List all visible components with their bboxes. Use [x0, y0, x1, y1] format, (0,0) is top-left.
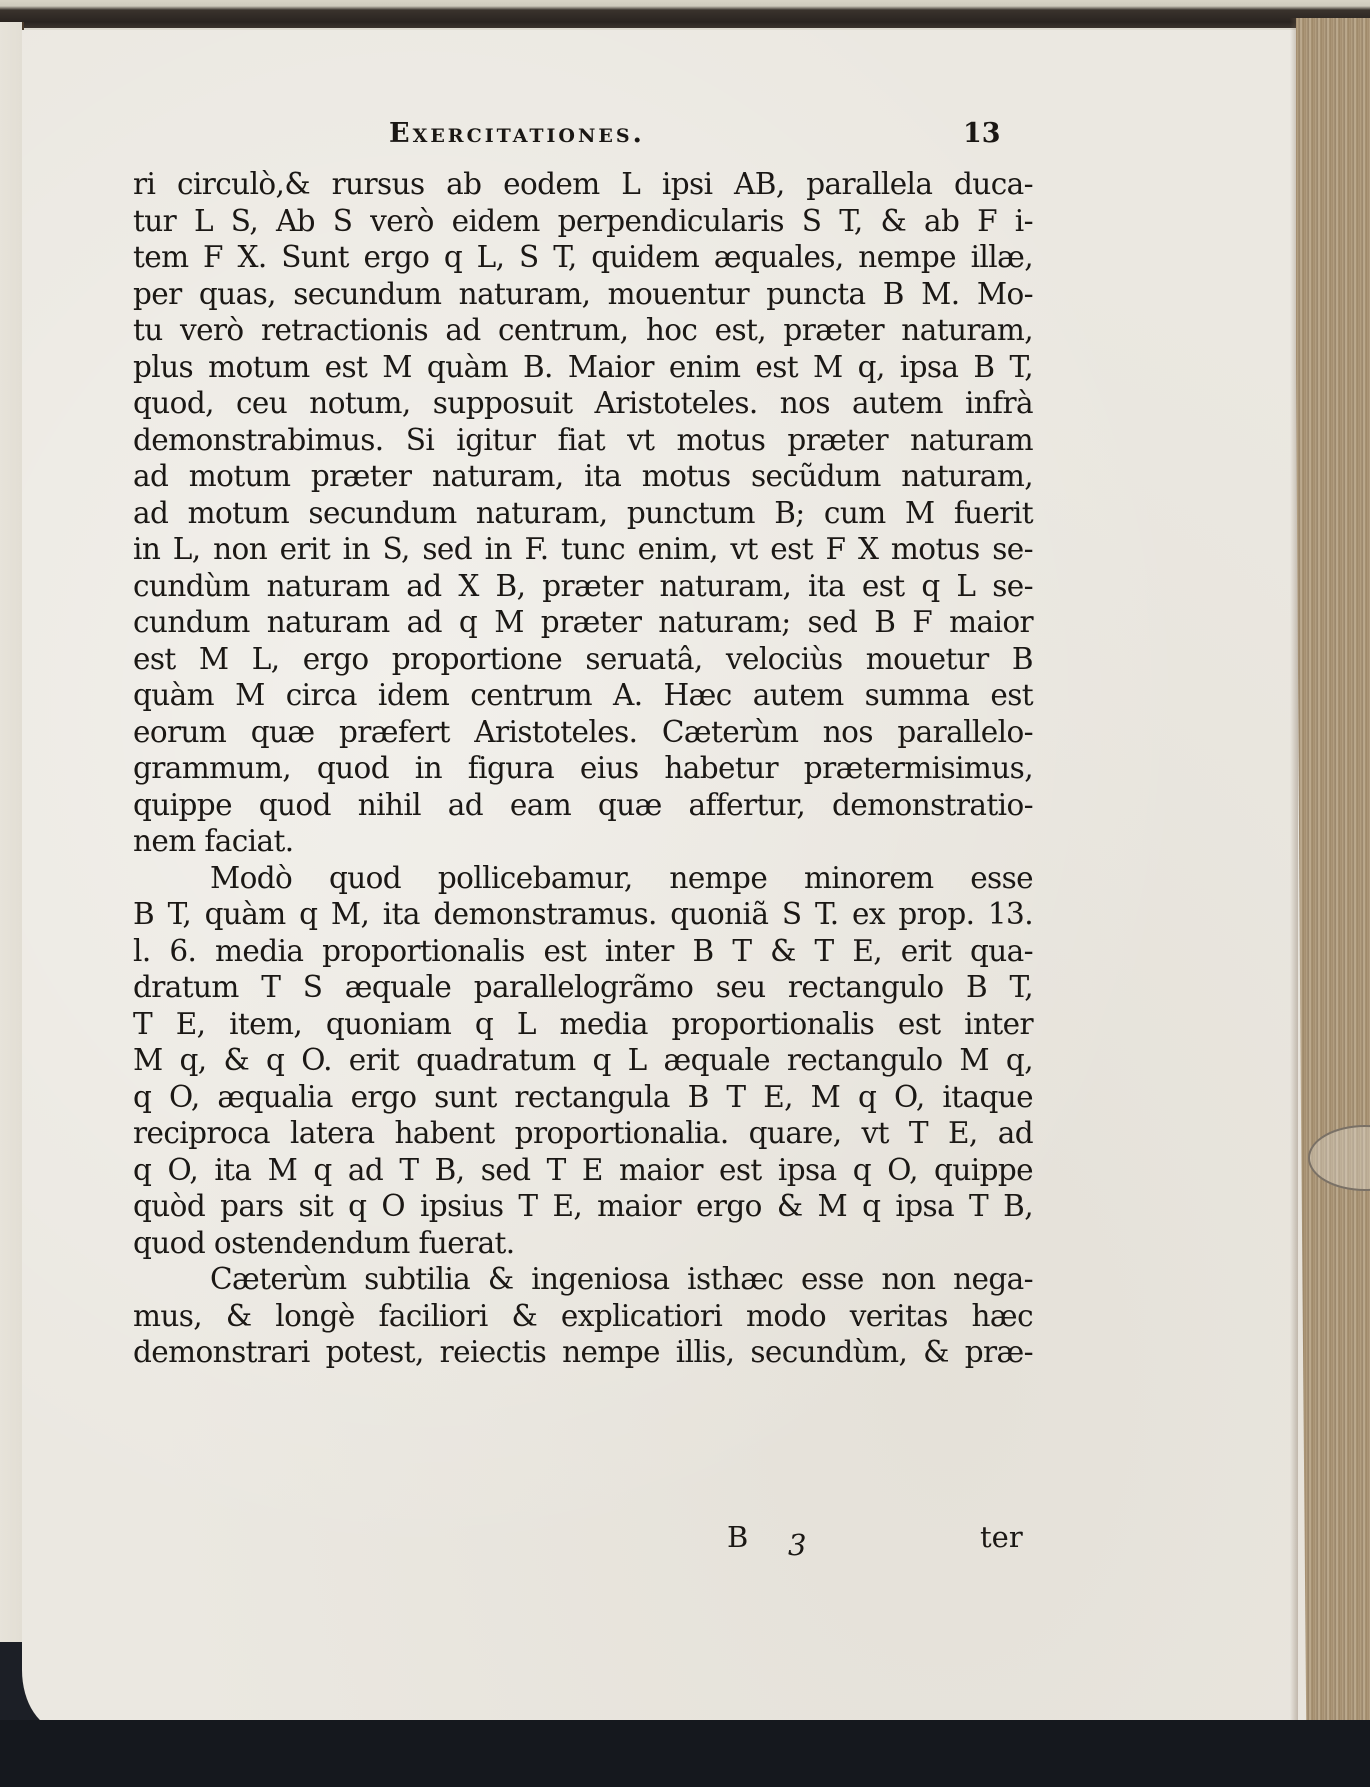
background-surface [0, 1720, 1370, 1787]
fore-edge-pages [1296, 18, 1370, 1738]
signature-number: 3 [788, 1528, 806, 1562]
signature-mark: B [727, 1520, 748, 1554]
page-footer: B 3 ter [133, 1520, 1033, 1560]
text-line: quod, ceu notum, supposuit Aristoteles. … [133, 385, 1033, 422]
text-line: eorum quæ præfert Aristoteles. Cæterùm n… [133, 714, 1033, 751]
text-line: per quas, secundum naturam, mouentur pun… [133, 276, 1033, 313]
paragraph-start-line: Cæterùm subtilia & ingeniosa isthæc esse… [133, 1261, 1033, 1298]
text-line: grammum, quod in figura eius habetur præ… [133, 750, 1033, 787]
facing-page-edge [0, 22, 24, 1642]
text-line: est M L, ergo proportione seruatâ, veloc… [133, 641, 1033, 678]
body-text: ri circulò,& rursus ab eodem L ipsi AB, … [133, 166, 1033, 1371]
text-line: demonstrari potest, reiectis nempe illis… [133, 1334, 1033, 1371]
text-line: T E, item, quoniam q L media proportiona… [133, 1006, 1033, 1043]
page-number: 13 [963, 118, 1001, 149]
text-line: tu verò retractionis ad centrum, hoc est… [133, 312, 1033, 349]
text-line: tem F X. Sunt ergo q L, S T, quidem æqua… [133, 239, 1033, 276]
text-line: quippe quod nihil ad eam quæ affertur, d… [133, 787, 1033, 824]
text-line: q O, ita M q ad T B, sed T E maior est i… [133, 1152, 1033, 1189]
text-line: in L, non erit in S, sed in F. tunc enim… [133, 531, 1033, 568]
text-line: cundùm naturam ad X B, præter naturam, i… [133, 568, 1033, 605]
text-line: nem faciat. [133, 823, 1033, 860]
text-line: ri circulò,& rursus ab eodem L ipsi AB, … [133, 166, 1033, 203]
paragraph-start-line: Modò quod pollicebamur, nempe minorem es… [133, 860, 1033, 897]
text-line: dratum T S æquale parallelogrãmo seu rec… [133, 969, 1033, 1006]
text-line: cundum naturam ad q M præter naturam; se… [133, 604, 1033, 641]
text-line: quòd pars sit q O ipsius T E, maior ergo… [133, 1188, 1033, 1225]
text-line: B T, quàm q M, ita demonstramus. quoniã … [133, 896, 1033, 933]
text-line: q O, æqualia ergo sunt rectangula B T E,… [133, 1079, 1033, 1116]
text-line: tur L S, Ab S verò eidem perpendicularis… [133, 203, 1033, 240]
text-line: M q, & q O. erit quadratum q L æquale re… [133, 1042, 1033, 1079]
catchword: ter [980, 1520, 1023, 1554]
text-line: ad motum præter naturam, ita motus secũd… [133, 458, 1033, 495]
page-header: Exercitationes. 13 [380, 118, 1030, 158]
text-line: ad motum secundum naturam, punctum B; cu… [133, 495, 1033, 532]
text-line: reciproca latera habent proportionalia. … [133, 1115, 1033, 1152]
text-line: l. 6. media proportionalis est inter B T… [133, 933, 1033, 970]
text-line: plus motum est M quàm B. Maior enim est … [133, 349, 1033, 386]
text-line: quod ostendendum fuerat. [133, 1225, 1033, 1262]
text-line: quàm M circa idem centrum A. Hæc autem s… [133, 677, 1033, 714]
text-line: mus, & longè faciliori & explicatiori mo… [133, 1298, 1033, 1335]
running-title: Exercitationes. [389, 118, 645, 149]
text-line: demonstrabimus. Si igitur fiat vt motus … [133, 422, 1033, 459]
